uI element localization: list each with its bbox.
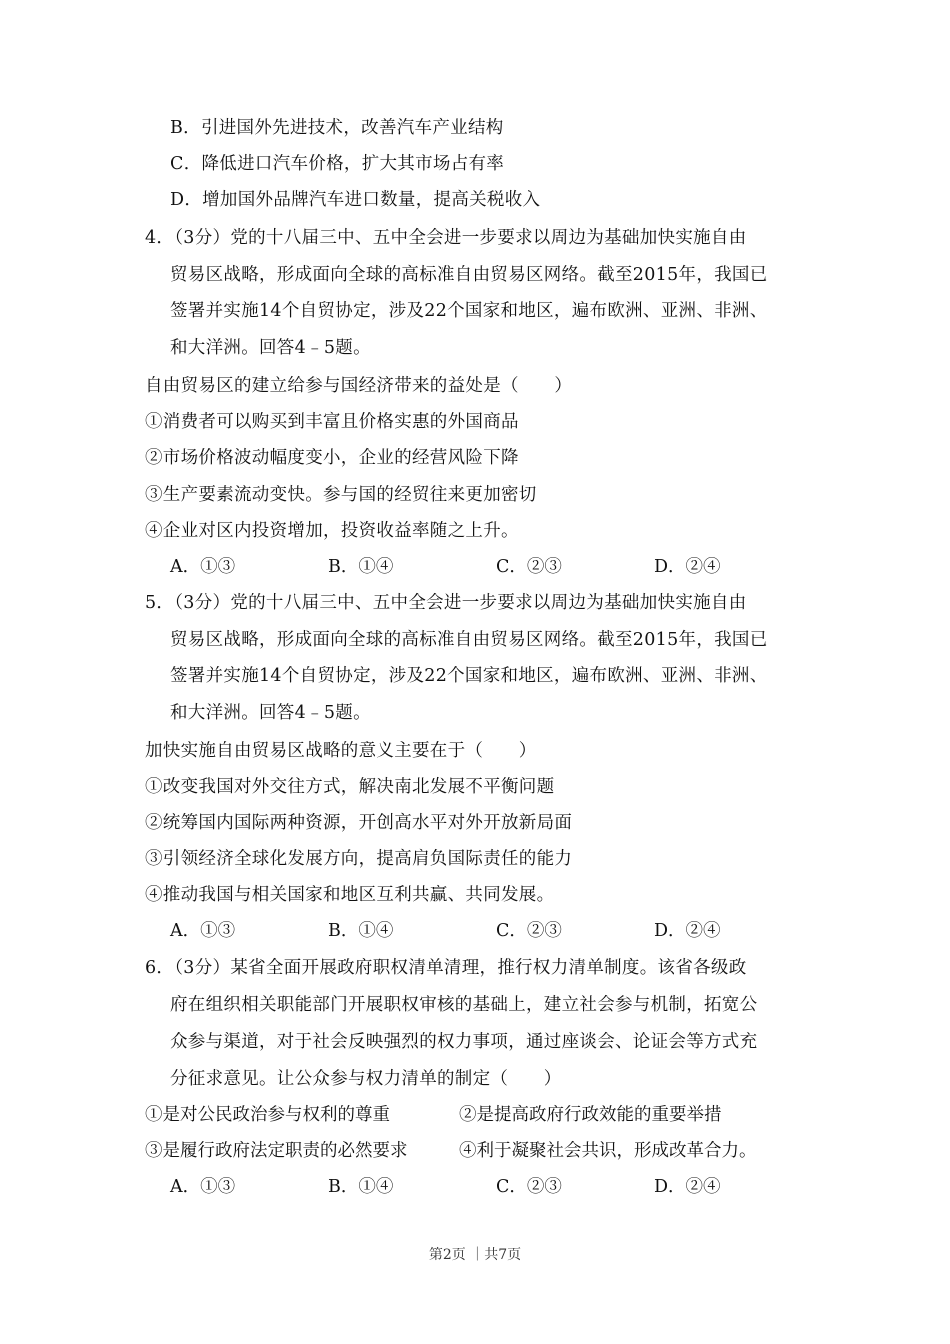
q6-choice-d[interactable]: D．②④ — [654, 1176, 721, 1198]
q5-choice-d[interactable]: D．②④ — [654, 920, 721, 942]
exam-page: B．引进国外先进技术，改善汽车产业结构 C．降低进口汽车价格，扩大其市场占有率 … — [0, 0, 950, 1344]
q5-statement-4: ④推动我国与相关国家和地区互利共赢、共同发展。 — [145, 884, 554, 906]
q5-stem-line-1: 5．（3分）党的十八届三中、五中全会进一步要求以周边为基础加快实施自由 — [145, 592, 747, 614]
q4-statement-3: ③生产要素流动变快。参与国的经贸往来更加密切 — [145, 484, 537, 506]
q4-choice-c[interactable]: C．②③ — [496, 556, 562, 578]
q3-option-c: C．降低进口汽车价格，扩大其市场占有率 — [170, 153, 504, 175]
q4-stem-line-2: 贸易区战略，形成面向全球的高标准自由贸易区网络。截至2015年，我国已 — [170, 264, 768, 286]
q6-statement-4: ④利于凝聚社会共识，形成改革合力。 — [459, 1140, 757, 1162]
page-number-footer: 第2页 ｜共7页 — [0, 1244, 950, 1264]
q3-option-b: B．引进国外先进技术，改善汽车产业结构 — [170, 117, 504, 139]
q4-stem-line-3: 签署并实施14个自贸协定，涉及22个国家和地区，遍布欧洲、亚洲、非洲、 — [170, 300, 768, 322]
q5-stem-line-3: 签署并实施14个自贸协定，涉及22个国家和地区，遍布欧洲、亚洲、非洲、 — [170, 665, 768, 687]
q5-choice-c[interactable]: C．②③ — [496, 920, 562, 942]
q5-choice-b[interactable]: B．①④ — [328, 920, 393, 942]
q4-choice-a[interactable]: A．①③ — [170, 556, 235, 578]
q4-choice-d[interactable]: D．②④ — [654, 556, 721, 578]
q6-choice-c[interactable]: C．②③ — [496, 1176, 562, 1198]
q6-stem-line-4: 分征求意见。让公众参与权力清单的制定（ ） — [170, 1068, 562, 1090]
q4-stem-line-4: 和大洋洲。回答4﹣5题。 — [170, 337, 371, 359]
q5-statement-2: ②统筹国内国际两种资源，开创高水平对外开放新局面 — [145, 812, 572, 834]
q4-statement-1: ①消费者可以购买到丰富且价格实惠的外国商品 — [145, 411, 519, 433]
q4-choice-b[interactable]: B．①④ — [328, 556, 393, 578]
q6-stem-line-2: 府在组织相关职能部门开展职权审核的基础上，建立社会参与机制，拓宽公 — [170, 994, 757, 1016]
q5-stem-line-4: 和大洋洲。回答4﹣5题。 — [170, 702, 371, 724]
q6-choice-a[interactable]: A．①③ — [170, 1176, 235, 1198]
q4-question: 自由贸易区的建立给参与国经济带来的益处是（ ） — [145, 375, 572, 397]
q5-question: 加快实施自由贸易区战略的意义主要在于（ ） — [145, 740, 537, 762]
q6-statement-1: ①是对公民政治参与权利的尊重 — [145, 1104, 390, 1126]
q6-stem-line-3: 众参与渠道，对于社会反映强烈的权力事项，通过座谈会、论证会等方式充 — [170, 1031, 757, 1053]
q6-statement-2: ②是提高政府行政效能的重要举措 — [459, 1104, 722, 1126]
q5-choice-a[interactable]: A．①③ — [170, 920, 235, 942]
q5-stem-line-2: 贸易区战略，形成面向全球的高标准自由贸易区网络。截至2015年，我国已 — [170, 629, 768, 651]
q4-statement-4: ④企业对区内投资增加，投资收益率随之上升。 — [145, 520, 519, 542]
q6-stem-line-1: 6．（3分）某省全面开展政府职权清单清理，推行权力清单制度。该省各级政 — [145, 957, 747, 979]
q4-stem-line-1: 4．（3分）党的十八届三中、五中全会进一步要求以周边为基础加快实施自由 — [145, 227, 747, 249]
q5-statement-3: ③引领经济全球化发展方向，提高肩负国际责任的能力 — [145, 848, 572, 870]
q3-option-d: D．增加国外品牌汽车进口数量，提高关税收入 — [170, 189, 540, 211]
q6-choice-b[interactable]: B．①④ — [328, 1176, 393, 1198]
q6-statement-3: ③是履行政府法定职责的必然要求 — [145, 1140, 408, 1162]
q5-statement-1: ①改变我国对外交往方式，解决南北发展不平衡问题 — [145, 776, 554, 798]
q4-statement-2: ②市场价格波动幅度变小，企业的经营风险下降 — [145, 447, 519, 469]
